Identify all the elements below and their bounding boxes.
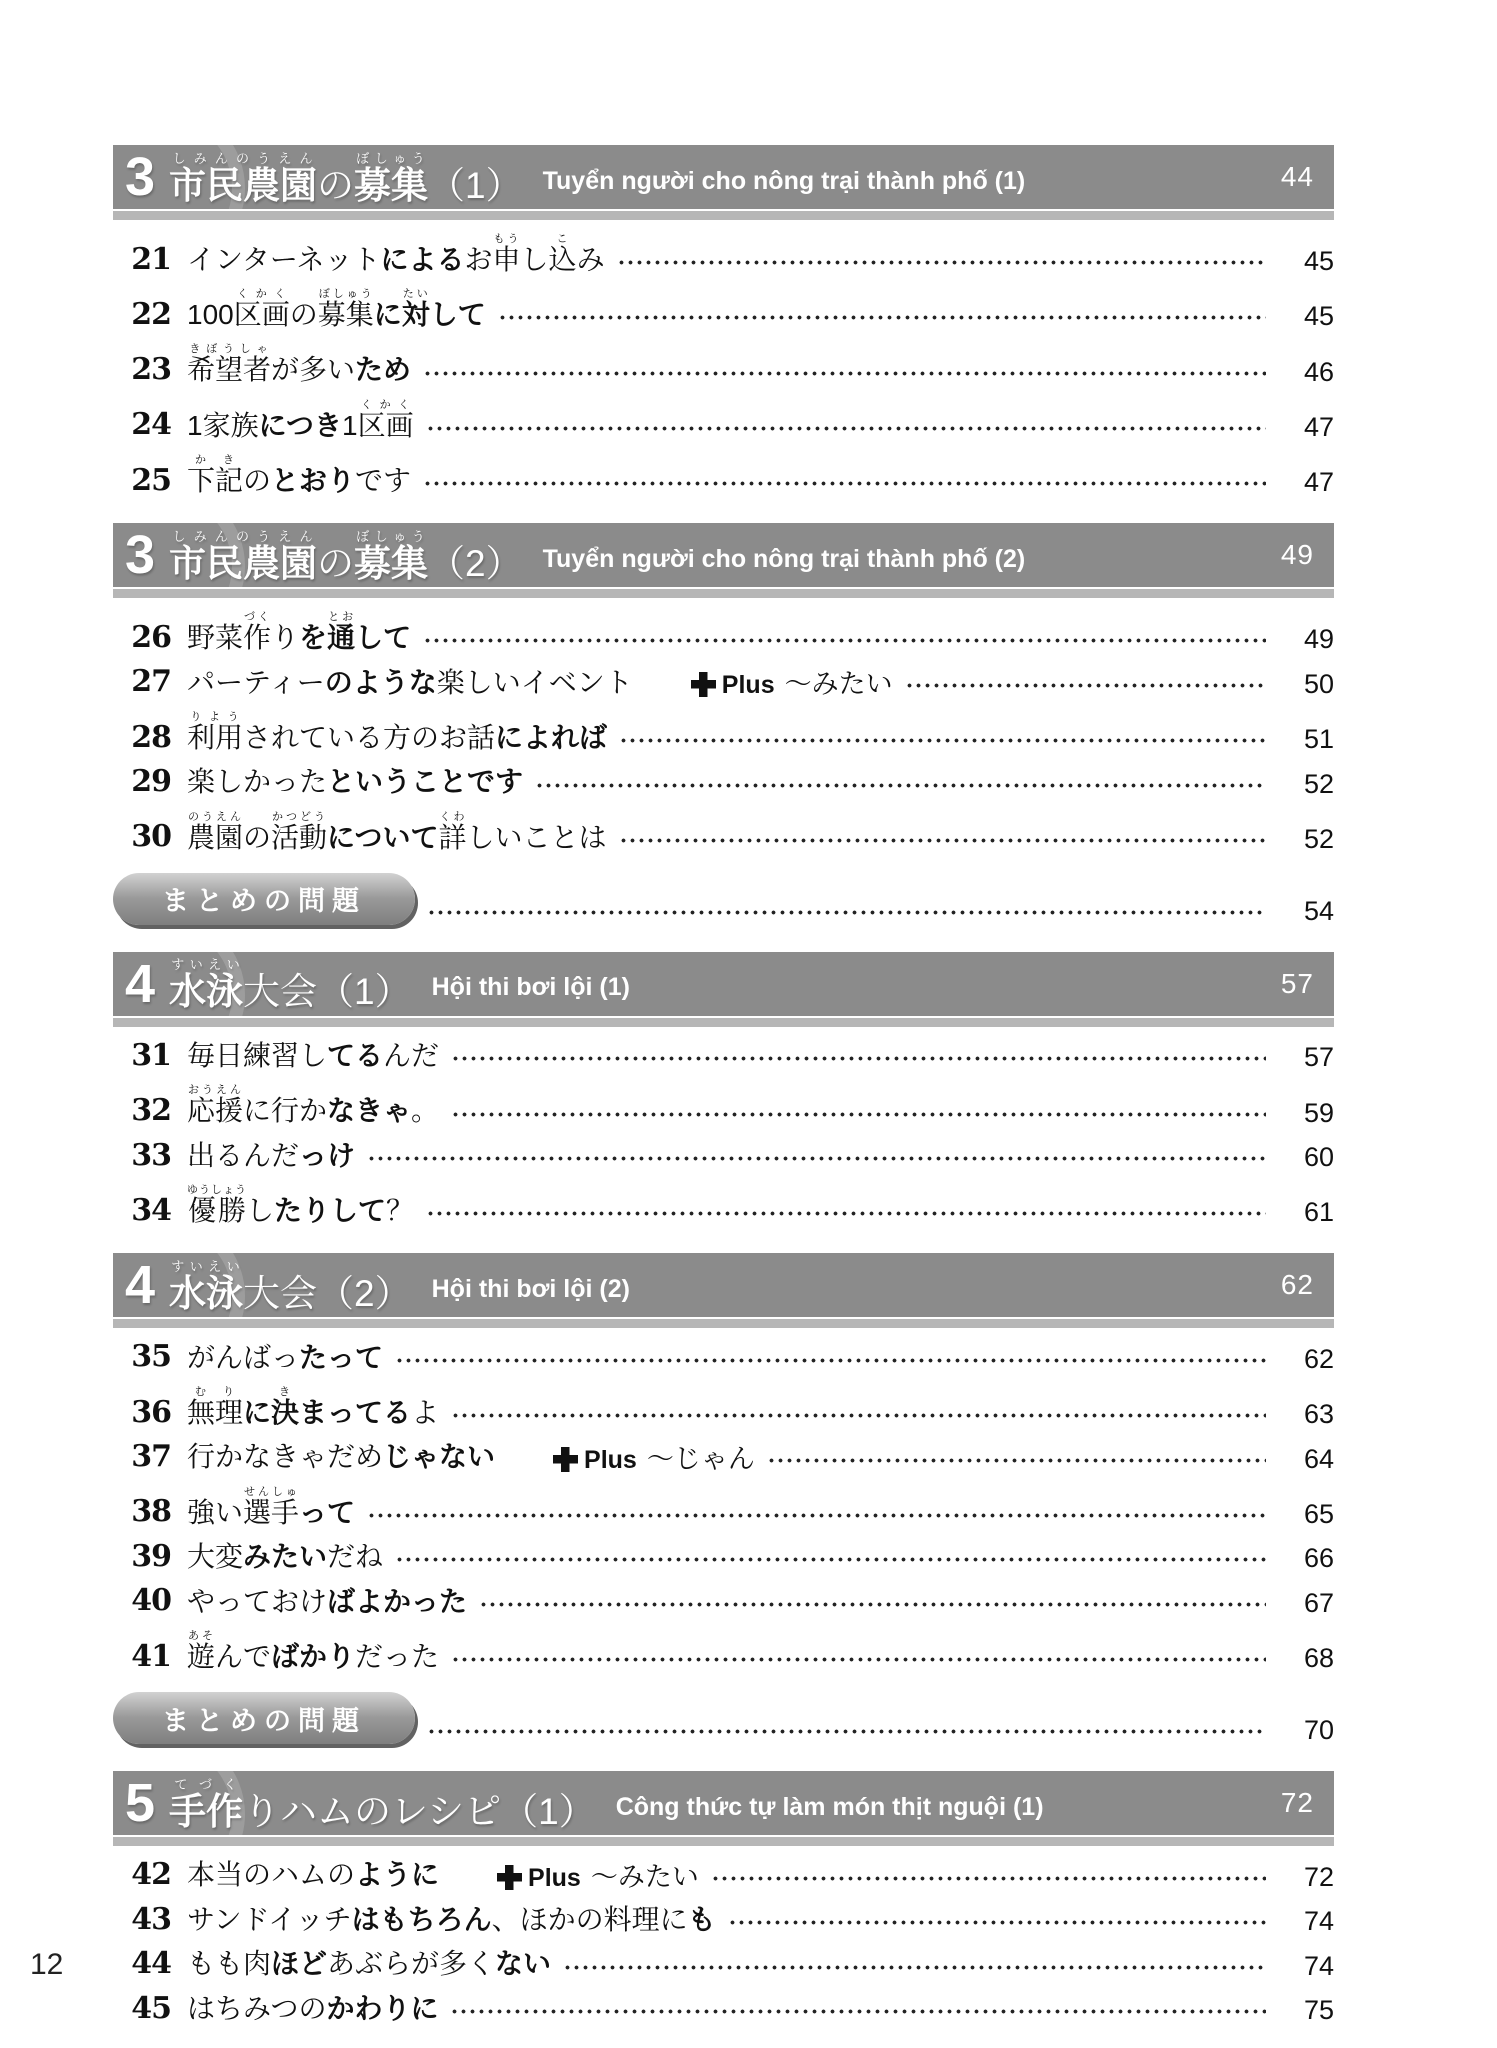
item-number: 22 bbox=[113, 299, 171, 331]
furigana-term: 選手せんしゅ bbox=[243, 1497, 299, 1528]
dot-leader bbox=[453, 1056, 1266, 1061]
item-number: 42 bbox=[113, 1859, 171, 1891]
dot-leader bbox=[621, 838, 1266, 843]
section-page-number: 57 bbox=[1281, 968, 1314, 1000]
text-segment: につき bbox=[259, 410, 342, 441]
text-segment: サンドイッチ bbox=[187, 1904, 352, 1935]
item-page-number: 45 bbox=[1276, 248, 1334, 275]
text-segment: んで bbox=[215, 1641, 271, 1672]
item-title: 野菜作づくりを通とおして bbox=[187, 611, 411, 653]
dot-leader bbox=[565, 1965, 1266, 1970]
item-title: がんばったって bbox=[187, 1343, 383, 1373]
section-page-number: 62 bbox=[1281, 1269, 1314, 1301]
item-number: 27 bbox=[113, 666, 171, 698]
text-segment: り bbox=[271, 622, 299, 653]
dot-leader bbox=[537, 783, 1266, 788]
text-segment: ばよかった bbox=[327, 1586, 467, 1617]
item-number: 35 bbox=[113, 1341, 171, 1373]
plus-grammar-note: Plus～じゃん bbox=[553, 1446, 755, 1473]
plus-label: Plus bbox=[584, 1448, 637, 1473]
text-segment: の bbox=[243, 822, 271, 853]
item-page-number: 64 bbox=[1276, 1446, 1334, 1473]
text-segment: まってる bbox=[299, 1397, 411, 1428]
text-segment: による bbox=[380, 244, 464, 275]
text-segment: について bbox=[327, 822, 438, 853]
text-segment: （2） bbox=[428, 543, 523, 584]
item-page-number: 66 bbox=[1276, 1545, 1334, 1572]
plus-label: Plus bbox=[722, 673, 775, 698]
text-segment: 1家族 bbox=[187, 410, 259, 441]
furigana-term: 遊あそ bbox=[187, 1641, 215, 1672]
text-segment: の bbox=[290, 299, 318, 330]
text-segment: ばかり bbox=[271, 1641, 355, 1672]
text-segment: のような bbox=[325, 667, 437, 698]
item-page-number: 51 bbox=[1276, 726, 1334, 753]
furigana-term: 申もう bbox=[493, 244, 521, 275]
furigana-term: 農園のうえん bbox=[187, 822, 243, 853]
text-segment: たりして bbox=[274, 1195, 386, 1226]
item-title: 優勝ゆうしょうしたりして？ bbox=[187, 1184, 414, 1226]
item-page-number: 70 bbox=[1276, 1717, 1334, 1744]
text-segment: されている方のお話 bbox=[243, 722, 495, 753]
item-page-number: 54 bbox=[1276, 898, 1334, 925]
item-page-number: 52 bbox=[1276, 826, 1334, 853]
text-segment: です bbox=[355, 465, 411, 496]
item-number: 29 bbox=[113, 766, 171, 798]
furigana-term: 優勝ゆうしょう bbox=[187, 1195, 246, 1226]
dot-leader bbox=[428, 1211, 1266, 1216]
plus-label: Plus bbox=[528, 1866, 581, 1891]
item-number: 43 bbox=[113, 1904, 171, 1936]
item-title: 利用りようされている方のお話によれば bbox=[187, 711, 607, 753]
section-number: 5 bbox=[125, 1776, 155, 1830]
item-title: 大変みたいだね bbox=[187, 1542, 383, 1572]
section-number: 4 bbox=[125, 1258, 155, 1312]
item-number: 23 bbox=[113, 354, 171, 386]
text-segment: 楽しいイベント bbox=[437, 667, 633, 698]
text-segment: して bbox=[355, 622, 411, 653]
summary-pill: まとめの問題 bbox=[113, 1692, 415, 1744]
text-segment: ない bbox=[495, 1948, 551, 1979]
dot-leader bbox=[429, 910, 1266, 915]
item-title: 毎日練習してるんだ bbox=[187, 1041, 439, 1071]
dot-leader bbox=[481, 1602, 1266, 1607]
item-number: 25 bbox=[113, 465, 171, 497]
item-number: 30 bbox=[113, 821, 171, 853]
item-number: 40 bbox=[113, 1585, 171, 1617]
item-page-number: 68 bbox=[1276, 1645, 1334, 1672]
section-page-number: 49 bbox=[1281, 539, 1314, 571]
item-title: 希望者きぼうしゃが多いため bbox=[187, 343, 411, 385]
furigana-term: 対たい bbox=[402, 299, 430, 330]
item-title: 100区画くかくの募集ぼしゅうに対たいして bbox=[187, 288, 486, 330]
section-number: 4 bbox=[125, 957, 155, 1011]
item-page-number: 50 bbox=[1276, 671, 1334, 698]
item-number: 31 bbox=[113, 1040, 171, 1072]
furigana-term: 市民農園しみんのうえん bbox=[169, 543, 317, 584]
text-segment: の bbox=[243, 465, 271, 496]
section-header-strip bbox=[113, 589, 1334, 598]
item-page-number: 75 bbox=[1276, 1997, 1334, 2024]
dot-leader bbox=[425, 481, 1266, 486]
section-subtitle-vietnamese: Hội thi bơi lội (2) bbox=[432, 1275, 630, 1304]
item-number: 28 bbox=[113, 722, 171, 754]
text-segment: ということです bbox=[327, 766, 523, 797]
plus-grammar-note: Plus～みたい bbox=[497, 1864, 699, 1891]
item-page-number: 74 bbox=[1276, 1908, 1334, 1935]
text-segment: を bbox=[299, 622, 327, 653]
section-subtitle-vietnamese: Tuyển người cho nông trại thành phố (2) bbox=[543, 545, 1026, 574]
text-segment: によれば bbox=[495, 722, 607, 753]
item-number: 38 bbox=[113, 1496, 171, 1528]
toc-item: 38強い選手せんしゅって65 bbox=[113, 1486, 1334, 1528]
section-block: 3市民農園しみんのうえんの募集ぼしゅう（1）Tuyển người cho nô… bbox=[113, 145, 1334, 220]
plus-grammar-pattern: ～みたい bbox=[785, 671, 893, 698]
item-title: 応援おうえんに行かなきゃ。 bbox=[187, 1084, 439, 1126]
text-segment: たって bbox=[299, 1342, 383, 1373]
item-page-number: 47 bbox=[1276, 414, 1334, 441]
toc-item: 34優勝ゆうしょうしたりして？61 bbox=[113, 1184, 1334, 1226]
toc-item: 26野菜作づくりを通とおして49 bbox=[113, 611, 1334, 653]
text-segment: インターネット bbox=[187, 244, 380, 275]
toc-item: 37行かなきゃだめじゃないPlus～じゃん64 bbox=[113, 1441, 1334, 1473]
text-segment: に行か bbox=[243, 1095, 327, 1126]
text-segment: （1） bbox=[428, 165, 523, 206]
dot-leader bbox=[428, 426, 1266, 431]
dot-leader bbox=[397, 1557, 1266, 1562]
furigana-term: 区画くかく bbox=[358, 410, 414, 441]
text-segment: かわりに bbox=[326, 1993, 438, 2024]
text-segment: 大会（2） bbox=[243, 1273, 412, 1314]
item-number: 37 bbox=[113, 1441, 171, 1473]
section-block: 4水泳すいえい大会（2）Hội thi bơi lội (2)62 bbox=[113, 1253, 1334, 1328]
text-segment: 。 bbox=[411, 1095, 439, 1126]
item-title: 下記かきのとおりです bbox=[187, 454, 411, 496]
toc-item: 40やっておけばよかった67 bbox=[113, 1585, 1334, 1617]
toc-item: 27パーティーのような楽しいイベントPlus～みたい50 bbox=[113, 666, 1334, 698]
furigana-term: 利用りよう bbox=[187, 722, 243, 753]
toc-item: 44もも肉ほどあぶらが多くない74 bbox=[113, 1948, 1334, 1980]
text-segment: 出るんだ bbox=[187, 1140, 299, 1171]
text-segment: み bbox=[577, 244, 605, 275]
item-title: 行かなきゃだめじゃない bbox=[187, 1442, 495, 1472]
text-segment: の bbox=[317, 165, 354, 206]
text-segment: 本当のハムの bbox=[187, 1859, 355, 1890]
item-title: 農園のうえんの活動かつどうについて詳くわしいことは bbox=[187, 811, 607, 853]
furigana-term: 水泳すいえい bbox=[169, 1273, 243, 1314]
text-segment: も bbox=[688, 1904, 716, 1935]
toc-item: 30農園のうえんの活動かつどうについて詳くわしいことは52 bbox=[113, 811, 1334, 853]
item-title: 楽しかったということです bbox=[187, 767, 523, 797]
section-title: 水泳すいえい大会（2） bbox=[169, 1259, 412, 1312]
item-page-number: 60 bbox=[1276, 1144, 1334, 1171]
item-page-number: 59 bbox=[1276, 1100, 1334, 1127]
toc-item: 241家族につき1区画くかく47 bbox=[113, 399, 1334, 441]
text-segment: 野菜 bbox=[187, 622, 243, 653]
text-segment: 行かなきゃだめ bbox=[187, 1441, 383, 1472]
section-subtitle-vietnamese: Công thức tự làm món thịt nguội (1) bbox=[616, 1793, 1044, 1822]
item-title: 遊あそんでばかりだった bbox=[187, 1630, 439, 1672]
toc-item: 28利用りようされている方のお話によれば51 bbox=[113, 711, 1334, 753]
section-header-strip bbox=[113, 1319, 1334, 1328]
dot-leader bbox=[907, 683, 1266, 688]
toc-item: 36無理むりに決きまってるよ63 bbox=[113, 1386, 1334, 1428]
furigana-term: 活動かつどう bbox=[271, 822, 327, 853]
toc-item: 39大変みたいだね66 bbox=[113, 1541, 1334, 1573]
dot-leader bbox=[621, 738, 1266, 743]
text-segment: に bbox=[243, 1397, 271, 1428]
furigana-term: 募集ぼしゅう bbox=[354, 165, 428, 206]
item-page-number: 67 bbox=[1276, 1590, 1334, 1617]
item-number: 34 bbox=[113, 1195, 171, 1227]
toc-item: 45はちみつのかわりに75 bbox=[113, 1993, 1334, 2025]
dot-leader bbox=[619, 260, 1266, 265]
text-segment: もも肉 bbox=[187, 1948, 271, 1979]
summary-pill: まとめの問題 bbox=[113, 873, 415, 925]
item-title: やっておけばよかった bbox=[187, 1587, 467, 1617]
dot-leader bbox=[452, 2009, 1266, 2014]
item-page-number: 72 bbox=[1276, 1864, 1334, 1891]
text-segment: がんばっ bbox=[187, 1342, 299, 1373]
dot-leader bbox=[730, 1920, 1266, 1925]
furigana-term: 応援おうえん bbox=[187, 1095, 243, 1126]
text-segment: ほど bbox=[271, 1948, 327, 1979]
item-page-number: 49 bbox=[1276, 626, 1334, 653]
book-page-number: 12 bbox=[30, 1948, 63, 1982]
text-segment: あぶらが多く bbox=[327, 1948, 495, 1979]
dot-leader bbox=[769, 1458, 1266, 1463]
item-title: 出るんだっけ bbox=[187, 1141, 355, 1171]
item-number: 26 bbox=[113, 622, 171, 654]
text-segment: に bbox=[374, 299, 402, 330]
item-page-number: 61 bbox=[1276, 1199, 1334, 1226]
furigana-term: 込こ bbox=[549, 244, 577, 275]
text-segment: し bbox=[521, 244, 549, 275]
item-title: パーティーのような楽しいイベント bbox=[187, 668, 633, 698]
section-subtitle-vietnamese: Tuyển người cho nông trại thành phố (1) bbox=[543, 167, 1026, 196]
text-segment: 1 bbox=[342, 410, 358, 441]
toc-item: 43サンドイッチはもちろん、ほかの料理にも74 bbox=[113, 1904, 1334, 1936]
text-segment: とおり bbox=[271, 465, 355, 496]
item-page-number: 57 bbox=[1276, 1044, 1334, 1071]
text-segment: 100 bbox=[187, 299, 234, 330]
furigana-term: 下記かき bbox=[187, 465, 243, 496]
item-page-number: 52 bbox=[1276, 771, 1334, 798]
dot-leader bbox=[397, 1358, 1266, 1363]
dot-leader bbox=[425, 371, 1266, 376]
furigana-term: 決き bbox=[271, 1397, 299, 1428]
table-of-contents: 3市民農園しみんのうえんの募集ぼしゅう（1）Tuyển người cho nô… bbox=[113, 118, 1334, 2024]
section-header-strip bbox=[113, 211, 1334, 220]
dot-leader bbox=[429, 1729, 1266, 1734]
text-segment: の bbox=[317, 543, 354, 584]
text-segment: はもちろん bbox=[352, 1904, 492, 1935]
section-number: 3 bbox=[125, 528, 155, 582]
furigana-term: 募集ぼしゅう bbox=[354, 543, 428, 584]
text-segment: 大会（1） bbox=[243, 971, 412, 1012]
text-segment: てる bbox=[327, 1040, 383, 1071]
section-title: 手作てづくりハムのレシピ（1） bbox=[169, 1777, 596, 1830]
text-segment: だね bbox=[327, 1541, 383, 1572]
text-segment: 毎日練習し bbox=[187, 1040, 327, 1071]
text-segment: なきゃ bbox=[327, 1095, 411, 1126]
text-segment: ため bbox=[355, 354, 411, 385]
toc-item: 42本当のハムのようにPlus～みたい72 bbox=[113, 1859, 1334, 1891]
item-title: 強い選手せんしゅって bbox=[187, 1486, 355, 1528]
item-number: 24 bbox=[113, 409, 171, 441]
toc-item: 29楽しかったということです52 bbox=[113, 766, 1334, 798]
item-page-number: 47 bbox=[1276, 469, 1334, 496]
dot-leader bbox=[713, 1876, 1266, 1881]
section-header-strip bbox=[113, 1018, 1334, 1027]
furigana-term: 市民農園しみんのうえん bbox=[169, 165, 317, 206]
dot-leader bbox=[453, 1112, 1266, 1117]
toc-item: 33出るんだっけ60 bbox=[113, 1140, 1334, 1172]
item-page-number: 65 bbox=[1276, 1501, 1334, 1528]
text-segment: やっておけ bbox=[187, 1586, 327, 1617]
text-segment: りハムのレシピ（1） bbox=[243, 1791, 596, 1832]
furigana-term: 作づく bbox=[243, 622, 271, 653]
toc-item: 41遊あそんでばかりだった68 bbox=[113, 1630, 1334, 1672]
text-segment: し bbox=[246, 1195, 274, 1226]
furigana-term: 詳くわ bbox=[439, 822, 467, 853]
toc-item: 22100区画くかくの募集ぼしゅうに対たいして45 bbox=[113, 288, 1334, 330]
toc-item: 21インターネットによるお申もうし込こみ45 bbox=[113, 233, 1334, 275]
text-segment: 楽しかった bbox=[187, 766, 327, 797]
text-segment: ？ bbox=[386, 1195, 414, 1226]
dot-leader bbox=[453, 1413, 1266, 1418]
plus-grammar-pattern: ～じゃん bbox=[647, 1446, 755, 1473]
text-segment: よ bbox=[411, 1397, 439, 1428]
section-title: 市民農園しみんのうえんの募集ぼしゅう（1） bbox=[169, 151, 523, 204]
item-title: もも肉ほどあぶらが多くない bbox=[187, 1949, 551, 1979]
text-segment: して bbox=[430, 299, 486, 330]
text-segment: みたい bbox=[243, 1541, 327, 1572]
text-segment: しいことは bbox=[467, 822, 607, 853]
text-segment: が多い bbox=[271, 354, 355, 385]
item-number: 39 bbox=[113, 1541, 171, 1573]
item-number: 33 bbox=[113, 1140, 171, 1172]
dot-leader bbox=[500, 315, 1266, 320]
furigana-term: 通とお bbox=[327, 622, 355, 653]
item-title: はちみつのかわりに bbox=[187, 1994, 438, 2024]
text-segment: っけ bbox=[299, 1140, 355, 1171]
item-number: 36 bbox=[113, 1397, 171, 1429]
item-title: 本当のハムのように bbox=[187, 1860, 439, 1890]
item-page-number: 46 bbox=[1276, 359, 1334, 386]
dot-leader bbox=[369, 1156, 1266, 1161]
furigana-term: 手作てづく bbox=[169, 1791, 243, 1832]
section-header-strip bbox=[113, 1837, 1334, 1846]
section-header: 5手作てづくりハムのレシピ（1）Công thức tự làm món thị… bbox=[113, 1771, 1334, 1835]
plus-icon bbox=[553, 1447, 578, 1472]
text-segment: はちみつの bbox=[187, 1993, 326, 2024]
item-page-number: 45 bbox=[1276, 303, 1334, 330]
dot-leader bbox=[369, 1513, 1266, 1518]
section-header: 3市民農園しみんのうえんの募集ぼしゅう（2）Tuyển người cho nô… bbox=[113, 523, 1334, 587]
text-segment: パーティー bbox=[187, 667, 325, 698]
text-segment: って bbox=[299, 1497, 355, 1528]
item-page-number: 74 bbox=[1276, 1953, 1334, 1980]
furigana-term: 水泳すいえい bbox=[169, 971, 243, 1012]
item-number: 21 bbox=[113, 244, 171, 276]
item-page-number: 63 bbox=[1276, 1401, 1334, 1428]
section-block: 3市民農園しみんのうえんの募集ぼしゅう（2）Tuyển người cho nô… bbox=[113, 523, 1334, 598]
plus-grammar-note: Plus～みたい bbox=[691, 671, 893, 698]
text-segment: 強い bbox=[187, 1497, 243, 1528]
dot-leader bbox=[425, 638, 1266, 643]
section-number: 3 bbox=[125, 150, 155, 204]
text-segment: んだ bbox=[383, 1040, 439, 1071]
item-title: サンドイッチはもちろん、ほかの料理にも bbox=[187, 1905, 716, 1935]
text-segment: じゃない bbox=[383, 1441, 495, 1472]
item-title: インターネットによるお申もうし込こみ bbox=[187, 233, 605, 275]
section-header: 3市民農園しみんのうえんの募集ぼしゅう（1）Tuyển người cho nô… bbox=[113, 145, 1334, 209]
text-segment: 大変 bbox=[187, 1541, 243, 1572]
item-title: 1家族につき1区画くかく bbox=[187, 399, 414, 441]
section-title: 水泳すいえい大会（1） bbox=[169, 957, 412, 1010]
section-header: 4水泳すいえい大会（2）Hội thi bơi lội (2)62 bbox=[113, 1253, 1334, 1317]
item-number: 45 bbox=[113, 1993, 171, 2025]
section-block: 5手作てづくりハムのレシピ（1）Công thức tự làm món thị… bbox=[113, 1771, 1334, 1846]
item-number: 32 bbox=[113, 1095, 171, 1127]
text-segment: だった bbox=[355, 1641, 439, 1672]
toc-item: 32応援おうえんに行かなきゃ。59 bbox=[113, 1084, 1334, 1126]
item-page-number: 62 bbox=[1276, 1346, 1334, 1373]
section-block: 4水泳すいえい大会（1）Hội thi bơi lội (1)57 bbox=[113, 952, 1334, 1027]
furigana-term: 区画くかく bbox=[234, 299, 290, 330]
toc-item: 25下記かきのとおりです47 bbox=[113, 454, 1334, 496]
furigana-term: 募集ぼしゅう bbox=[318, 299, 374, 330]
summary-row: まとめの問題54 bbox=[113, 873, 1334, 925]
item-number: 44 bbox=[113, 1948, 171, 1980]
item-number: 41 bbox=[113, 1641, 171, 1673]
plus-grammar-pattern: ～みたい bbox=[591, 1864, 699, 1891]
dot-leader bbox=[453, 1657, 1266, 1662]
section-title: 市民農園しみんのうえんの募集ぼしゅう（2） bbox=[169, 529, 523, 582]
toc-item: 31毎日練習してるんだ57 bbox=[113, 1040, 1334, 1072]
section-page-number: 72 bbox=[1281, 1787, 1314, 1819]
furigana-term: 希望者きぼうしゃ bbox=[187, 354, 271, 385]
summary-row: まとめの問題70 bbox=[113, 1692, 1334, 1744]
section-subtitle-vietnamese: Hội thi bơi lội (1) bbox=[432, 973, 630, 1002]
toc-item: 35がんばったって62 bbox=[113, 1341, 1334, 1373]
toc-item: 23希望者きぼうしゃが多いため46 bbox=[113, 343, 1334, 385]
text-segment: お bbox=[465, 244, 493, 275]
plus-icon bbox=[497, 1865, 522, 1890]
furigana-term: 無理むり bbox=[187, 1397, 243, 1428]
plus-icon bbox=[691, 672, 716, 697]
section-header: 4水泳すいえい大会（1）Hội thi bơi lội (1)57 bbox=[113, 952, 1334, 1016]
text-segment: 、ほかの料理に bbox=[492, 1904, 688, 1935]
section-page-number: 44 bbox=[1281, 161, 1314, 193]
item-title: 無理むりに決きまってるよ bbox=[187, 1386, 439, 1428]
text-segment: ように bbox=[355, 1859, 439, 1890]
